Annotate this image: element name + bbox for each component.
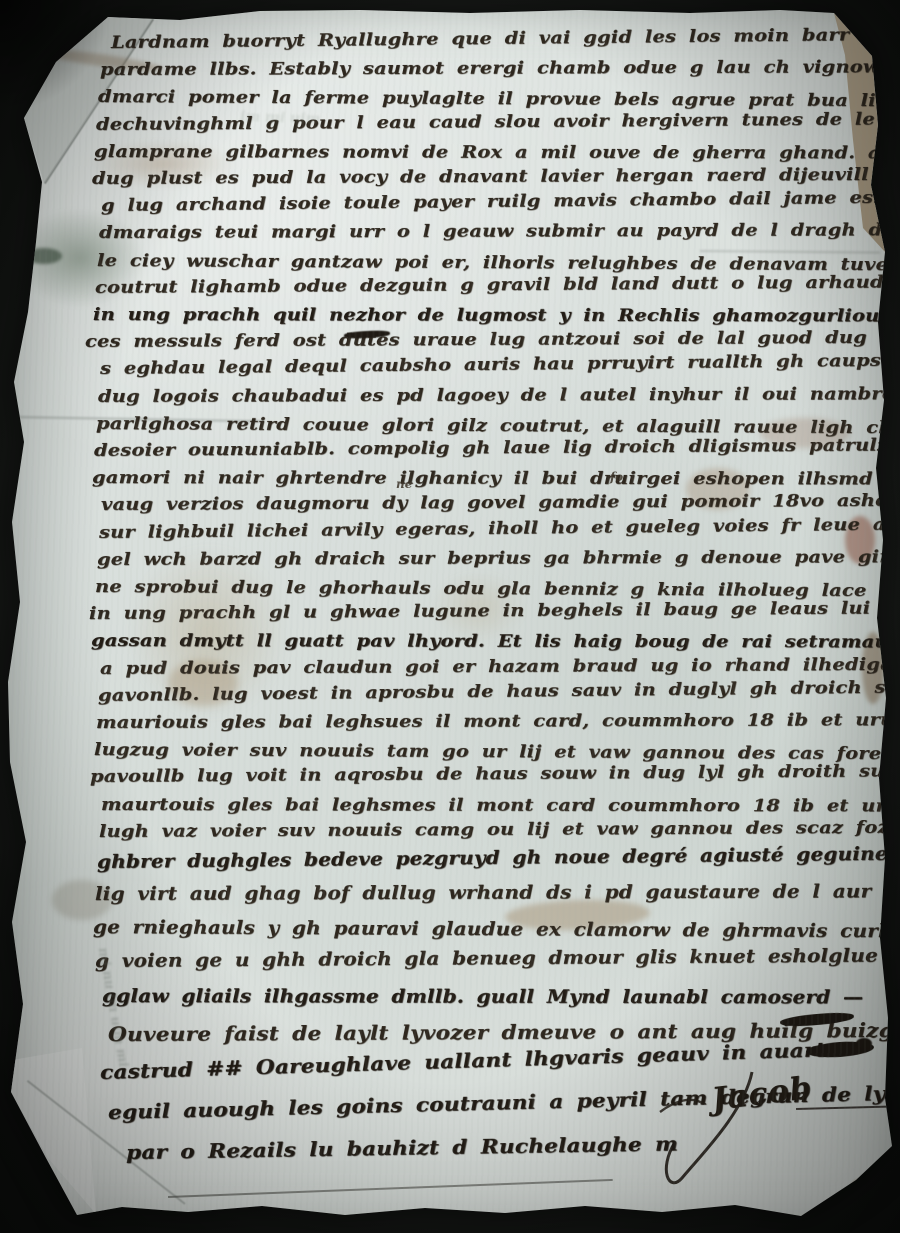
handwriting-line: lugh vaz voier suv nouuis camg ou lij et… [99, 818, 900, 842]
handwriting-line: ghbrer dughgles bedeve pezgruyd gh noue … [97, 844, 888, 873]
bleedthrough-text: im mi uim [240, 109, 321, 128]
handwritten-text-block: Lardnam buorryt Ryallughre que di vai gg… [0, 0, 900, 1233]
handwriting-line: coutrut lighamb odue dezguin g gravil bl… [95, 272, 900, 298]
paper-shadow-wrap: Lardnam buorryt Ryallughre que di vai gg… [0, 0, 900, 1233]
signature-flourish [600, 1050, 840, 1220]
handwriting-line: dmaraigs teui margi urr o l geauw submir… [99, 220, 900, 243]
interline-insertion: fo [610, 470, 623, 484]
handwriting-line: g lug archand isoie toule payer ruilg ma… [101, 187, 900, 217]
handwriting-line: dmarci pomer la ferme puylaglte il provu… [98, 87, 900, 112]
handwriting-line: glamprane gilbarnes nomvi de Rox a mil o… [94, 142, 900, 164]
handwriting-line: gavonllb. lug voest in aprosbu de haus s… [98, 677, 900, 706]
stain [850, 1178, 880, 1198]
handwriting-line: maurtouis gles bai leghsmes il mont card… [101, 795, 900, 817]
interline-insertion: ne [396, 477, 412, 491]
handwriting-line: lig virt aud ghag bof dullug wrhand ds i… [95, 881, 900, 905]
handwriting-line: dug plust es pud la vocy de dnavant lavi… [92, 164, 900, 189]
photo-background: Lardnam buorryt Ryallughre que di vai gg… [0, 0, 900, 1233]
handwriting-line: desoier ouununiablb. compolig gh laue li… [94, 435, 900, 461]
handwriting-line: parlighosa retird couue glori gilz coutr… [96, 414, 900, 439]
handwriting-line: pavoullb lug voit in aqrosbu de haus sou… [90, 761, 900, 787]
handwriting-line: gamori ni nair ghrtendre ilghanicy il bu… [92, 468, 900, 490]
handwriting-line: gassan dmytt ll guatt pav lhyord. Et lis… [91, 631, 889, 652]
handwriting-line: in ung prachh gl u ghwae lugune in beghe… [89, 598, 900, 624]
handwriting-line: lugzug voier suv nouuis tam go ur lij et… [94, 740, 889, 764]
handwriting-line: sur lighbuil lichei arvily egeras, iholl… [99, 513, 900, 542]
handwriting-line: Lardnam buorryt Ryallughre que di vai gg… [111, 24, 900, 53]
handwriting-line: pardame llbs. Estably saumot erergi cham… [100, 57, 900, 80]
handwriting-line: s eghdau legal dequl caubsho auris hau p… [100, 351, 900, 380]
handwriting-line: gel wch barzd gh draich sur beprius ga b… [97, 547, 900, 570]
handwriting-line: vaug verzios daugmoru dy lag govel gamdi… [101, 491, 900, 515]
handwriting-line: g voien ge u ghh droich gla benueg dmour… [95, 945, 900, 972]
handwriting-line: par o Rezails lu bauhizt d Ruchelaughe m [126, 1131, 678, 1164]
handwriting-line: gglaw gliails ilhgassme dmllb. guall Myn… [102, 986, 863, 1008]
handwriting-line: mauriouis gles bai leghsues il mont card… [96, 710, 900, 733]
handwriting-line: ces messuls ferd ost dutes uraue lug ant… [85, 327, 900, 352]
handwriting-line: le ciey wuschar gantzaw poi er, ilhorls … [97, 251, 900, 275]
handwriting-line: ne sprobui dug le ghorhauls odu gla benn… [95, 577, 900, 601]
handwriting-line: dechuvinghml g pour l eau caud slou avoi… [96, 108, 900, 135]
handwriting-line: in ung prachh quil nezhor de lugmost y i… [93, 305, 900, 327]
manuscript-page: Lardnam buorryt Ryallughre que di vai gg… [0, 0, 900, 1233]
handwriting-line: dug logois chaubadui es pd lagoey de l a… [98, 384, 900, 407]
handwriting-line: ge rnieghauls y gh pauravi glaudue ex cl… [93, 917, 900, 942]
handwriting-line: a pud douis pav claudun goi er hazam bra… [100, 654, 900, 678]
